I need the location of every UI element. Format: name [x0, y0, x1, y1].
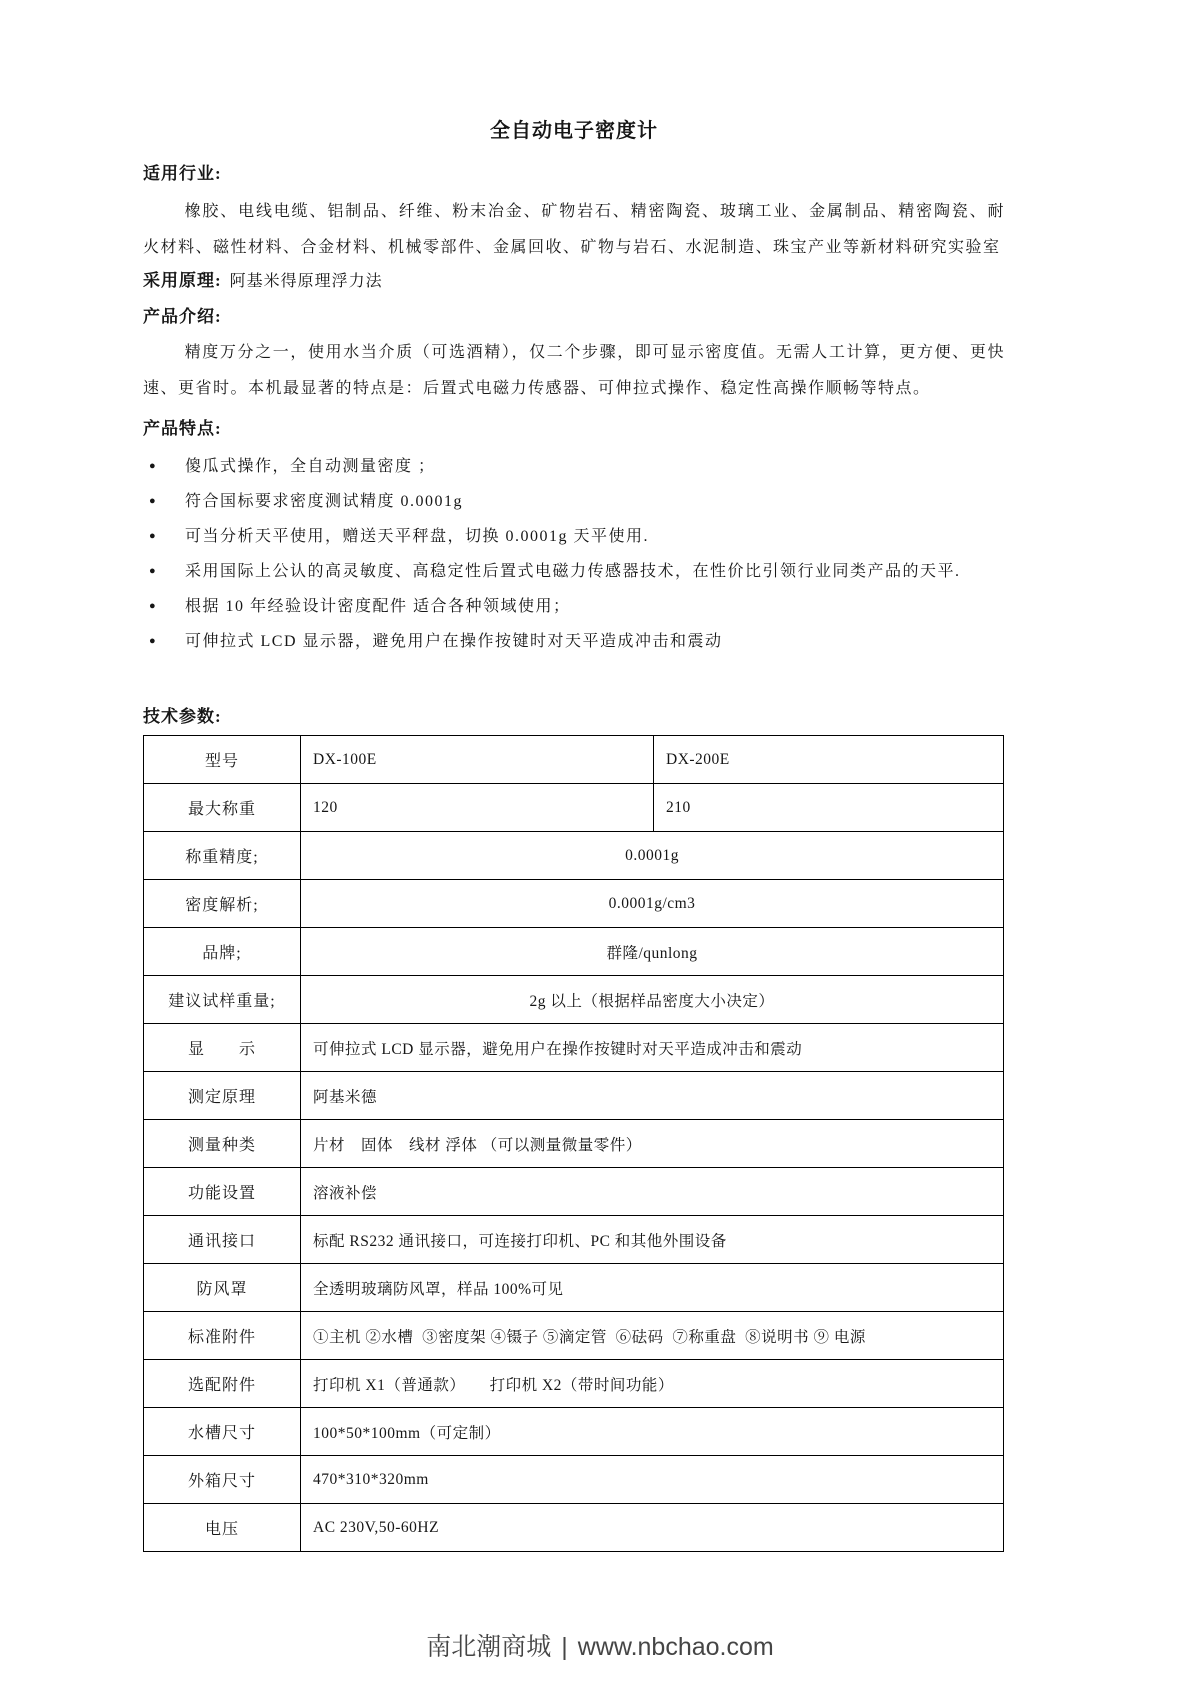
list-item: ●根据 10 年经验设计密度配件 适合各种领域使用；	[143, 589, 1005, 624]
spec-label: 功能设置	[144, 1168, 301, 1216]
features-list: ●傻瓜式操作，全自动测量密度 ； ●符合国标要求密度测试精度 0.0001g ●…	[143, 449, 1005, 659]
spec-label: 建议试样重量;	[144, 976, 301, 1024]
spec-value: 可伸拉式 LCD 显示器，避免用户在操作按键时对天平造成冲击和震动	[301, 1024, 1004, 1072]
footer-site-name: 南北潮商城	[426, 1633, 551, 1661]
principle-label: 采用原理:	[143, 271, 222, 290]
industries-paragraph: 橡胶、电线电缆、铝制品、纤维、粉末冶金、矿物岩石、精密陶瓷、玻璃工业、金属制品、…	[143, 194, 1005, 266]
bullet-icon: ●	[149, 484, 156, 519]
spec-label: 最大称重	[144, 784, 301, 832]
feature-text: 采用国际上公认的高灵敏度、高稳定性后置式电磁力传感器技术，在性价比引领行业同类产…	[185, 563, 961, 580]
spec-label: 测量种类	[144, 1120, 301, 1168]
intro-paragraph: 精度万分之一，使用水当介质（可选酒精），仅二个步骤，即可显示密度值。无需人工计算…	[143, 335, 1005, 407]
spec-label: 品牌;	[144, 928, 301, 976]
spec-value: 溶液补偿	[301, 1168, 1004, 1216]
spec-label: 显 示	[144, 1024, 301, 1072]
document-title: 全自动电子密度计	[143, 118, 1005, 144]
spec-value: 470*310*320mm	[301, 1456, 1004, 1504]
table-row: 防风罩 全透明玻璃防风罩，样品 100%可见	[144, 1264, 1004, 1312]
document-page: 全自动电子密度计 适用行业: 橡胶、电线电缆、铝制品、纤维、粉末冶金、矿物岩石、…	[143, 118, 1005, 1552]
table-row: 选配附件 打印机 X1（普通款） 打印机 X2（带时间功能）	[144, 1360, 1004, 1408]
spec-label: 标准附件	[144, 1312, 301, 1360]
spec-label: 测定原理	[144, 1072, 301, 1120]
table-row: 测量种类 片材 固体 线材 浮体 （可以测量微量零件）	[144, 1120, 1004, 1168]
list-item: ●可当分析天平使用，赠送天平秤盘，切换 0.0001g 天平使用.	[143, 519, 1005, 554]
principle-line: 采用原理:阿基米得原理浮力法	[143, 266, 1005, 297]
spec-label: 水槽尺寸	[144, 1408, 301, 1456]
table-row: 标准附件 ①主机 ②水槽 ③密度架 ④镊子 ⑤滴定管 ⑥砝码 ⑦称重盘 ⑧说明书…	[144, 1312, 1004, 1360]
spec-value: AC 230V,50-60HZ	[301, 1504, 1004, 1552]
spec-value: 标配 RS232 通讯接口，可连接打印机、PC 和其他外围设备	[301, 1216, 1004, 1264]
spec-value: 210	[654, 784, 1004, 832]
spec-label: 密度解析;	[144, 880, 301, 928]
principle-text: 阿基米得原理浮力法	[230, 273, 383, 290]
spec-value: 0.0001g/cm3	[301, 880, 1004, 928]
spec-value: DX-200E	[654, 736, 1004, 784]
spec-value: 120	[301, 784, 654, 832]
spec-value: 100*50*100mm（可定制）	[301, 1408, 1004, 1456]
footer: 南北潮商城|www.nbchao.com	[0, 1632, 1200, 1662]
bullet-icon: ●	[149, 519, 156, 554]
spec-label: 防风罩	[144, 1264, 301, 1312]
table-row: 型号 DX-100E DX-200E	[144, 736, 1004, 784]
table-row: 功能设置 溶液补偿	[144, 1168, 1004, 1216]
spec-value: 打印机 X1（普通款） 打印机 X2（带时间功能）	[301, 1360, 1004, 1408]
specs-table: 型号 DX-100E DX-200E 最大称重 120 210 称重精度; 0.…	[143, 735, 1004, 1552]
feature-text: 可当分析天平使用，赠送天平秤盘，切换 0.0001g 天平使用.	[185, 528, 649, 545]
table-row: 外箱尺寸 470*310*320mm	[144, 1456, 1004, 1504]
spec-label: 电压	[144, 1504, 301, 1552]
table-row: 通讯接口 标配 RS232 通讯接口，可连接打印机、PC 和其他外围设备	[144, 1216, 1004, 1264]
list-item: ●采用国际上公认的高灵敏度、高稳定性后置式电磁力传感器技术，在性价比引领行业同类…	[143, 554, 1005, 589]
footer-url: www.nbchao.com	[578, 1633, 774, 1661]
feature-text: 傻瓜式操作，全自动测量密度 ；	[185, 458, 436, 475]
table-row: 最大称重 120 210	[144, 784, 1004, 832]
feature-text: 可伸拉式 LCD 显示器，避免用户在操作按键时对天平造成冲击和震动	[185, 633, 723, 650]
spec-label: 型号	[144, 736, 301, 784]
spec-value: 群隆/qunlong	[301, 928, 1004, 976]
table-row: 品牌; 群隆/qunlong	[144, 928, 1004, 976]
heading-industries: 适用行业:	[143, 160, 1005, 188]
table-row: 水槽尺寸 100*50*100mm（可定制）	[144, 1408, 1004, 1456]
bullet-icon: ●	[149, 589, 156, 624]
table-row: 显 示 可伸拉式 LCD 显示器，避免用户在操作按键时对天平造成冲击和震动	[144, 1024, 1004, 1072]
spec-value: 2g 以上（根据样品密度大小决定）	[301, 976, 1004, 1024]
feature-text: 符合国标要求密度测试精度 0.0001g	[185, 493, 463, 510]
spec-value: 阿基米德	[301, 1072, 1004, 1120]
list-item: ●符合国标要求密度测试精度 0.0001g	[143, 484, 1005, 519]
table-row: 电压 AC 230V,50-60HZ	[144, 1504, 1004, 1552]
table-row: 密度解析; 0.0001g/cm3	[144, 880, 1004, 928]
bullet-icon: ●	[149, 624, 156, 659]
list-item: ●傻瓜式操作，全自动测量密度 ；	[143, 449, 1005, 484]
spec-label: 通讯接口	[144, 1216, 301, 1264]
list-item: ●可伸拉式 LCD 显示器，避免用户在操作按键时对天平造成冲击和震动	[143, 624, 1005, 659]
footer-separator: |	[561, 1633, 568, 1661]
table-row: 建议试样重量; 2g 以上（根据样品密度大小决定）	[144, 976, 1004, 1024]
table-row: 测定原理 阿基米德	[144, 1072, 1004, 1120]
spec-label: 外箱尺寸	[144, 1456, 301, 1504]
spec-value: DX-100E	[301, 736, 654, 784]
spec-value: 0.0001g	[301, 832, 1004, 880]
table-row: 称重精度; 0.0001g	[144, 832, 1004, 880]
bullet-icon: ●	[149, 449, 156, 484]
feature-text: 根据 10 年经验设计密度配件 适合各种领域使用；	[185, 598, 571, 615]
spec-label: 选配附件	[144, 1360, 301, 1408]
spec-label: 称重精度;	[144, 832, 301, 880]
heading-intro: 产品介绍:	[143, 303, 1005, 331]
bullet-icon: ●	[149, 554, 156, 589]
heading-features: 产品特点:	[143, 415, 1005, 443]
spec-value: 全透明玻璃防风罩，样品 100%可见	[301, 1264, 1004, 1312]
spec-value: 片材 固体 线材 浮体 （可以测量微量零件）	[301, 1120, 1004, 1168]
spec-value: ①主机 ②水槽 ③密度架 ④镊子 ⑤滴定管 ⑥砝码 ⑦称重盘 ⑧说明书 ⑨ 电源	[301, 1312, 1004, 1360]
heading-params: 技术参数:	[143, 703, 1005, 731]
